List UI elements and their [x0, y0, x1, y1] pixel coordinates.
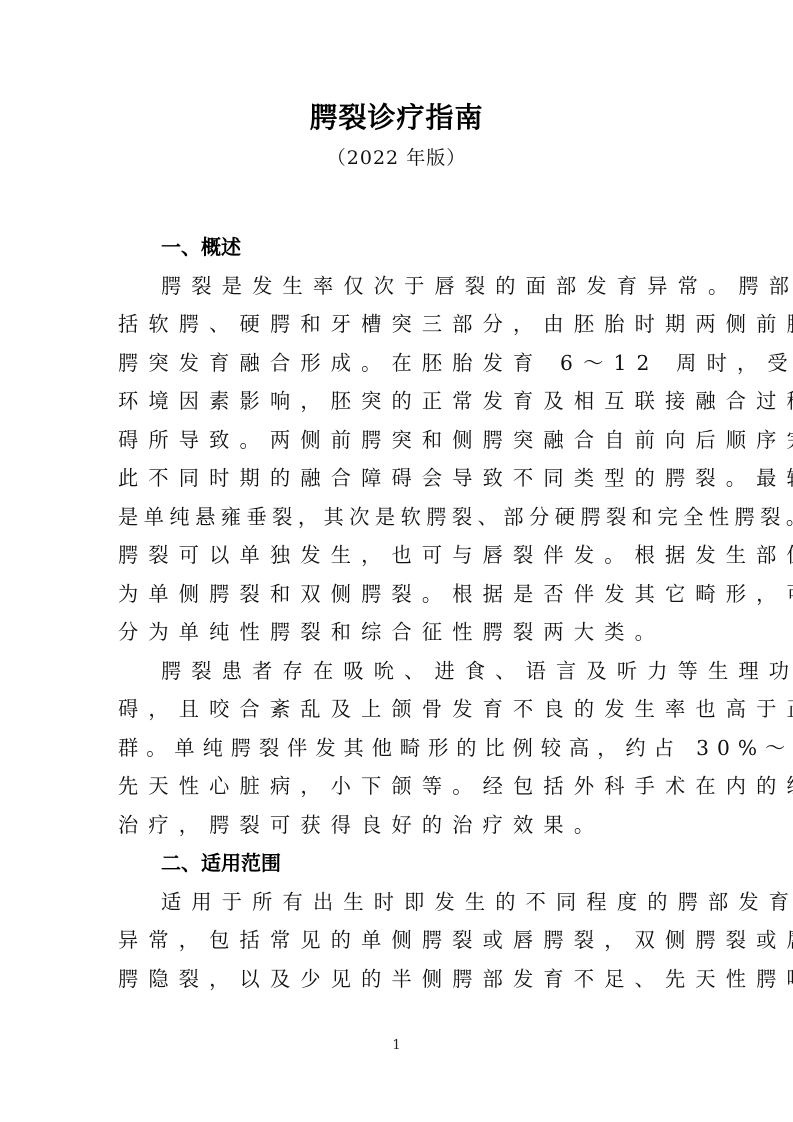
text-line: 碍所导致。两侧前腭突和侧腭突融合自前向后顺序完成，因: [118, 421, 674, 460]
text-line: 分为单纯性腭裂和综合征性腭裂两大类。: [118, 613, 674, 652]
text-line: 异常，包括常见的单侧腭裂或唇腭裂，双侧腭裂或唇腭裂和: [118, 921, 674, 960]
text-line: 腭裂患者存在吸吮、进食、语言及听力等生理功能的障: [118, 652, 674, 691]
text-line: 群。单纯腭裂伴发其他畸形的比例较高，约占 30%～50%，如: [118, 729, 674, 768]
document-title: 腭裂诊疗指南: [0, 98, 793, 138]
text-line: 是单纯悬雍垂裂，其次是软腭裂、部分硬腭裂和完全性腭裂。: [118, 498, 674, 537]
page-number: 1: [0, 1038, 793, 1053]
text-line: 腭裂是发生率仅次于唇裂的面部发育异常。腭部组织包: [118, 267, 674, 306]
paragraph: 腭裂患者存在吸吮、进食、语言及听力等生理功能的障 碍，且咬合紊乱及上颌骨发育不良…: [118, 652, 674, 845]
text-line: 腭隐裂，以及少见的半侧腭部发育不足、先天性腭咽闭合不: [118, 960, 674, 999]
document-body: 一、概述 腭裂是发生率仅次于唇裂的面部发育异常。腭部组织包 括软腭、硬腭和牙槽突…: [118, 228, 674, 998]
section-heading-scope: 二、适用范围: [118, 844, 674, 883]
text-line: 括软腭、硬腭和牙槽突三部分，由胚胎时期两侧前腭突和侧: [118, 305, 674, 344]
paragraph: 适用于所有出生时即发生的不同程度的腭部发育缺陷 异常，包括常见的单侧腭裂或唇腭裂…: [118, 883, 674, 999]
text-line: 碍，且咬合紊乱及上颌骨发育不良的发生率也高于正常人: [118, 690, 674, 729]
text-line: 治疗，腭裂可获得良好的治疗效果。: [118, 806, 674, 845]
text-line: 为单侧腭裂和双侧腭裂。根据是否伴发其它畸形，可将腭裂: [118, 575, 674, 614]
paragraph: 腭裂是发生率仅次于唇裂的面部发育异常。腭部组织包 括软腭、硬腭和牙槽突三部分，由…: [118, 267, 674, 652]
text-line: 腭突发育融合形成。在胚胎发育 6～12 周时，受遗传或胚胎: [118, 344, 674, 383]
text-line: 先天性心脏病，小下颌等。经包括外科手术在内的综合序列: [118, 767, 674, 806]
document-subtitle: （2022 年版）: [0, 143, 793, 173]
document-page: 腭裂诊疗指南 （2022 年版） 一、概述 腭裂是发生率仅次于唇裂的面部发育异常…: [0, 0, 793, 1122]
text-line: 腭裂可以单独发生，也可与唇裂伴发。根据发生部位可以分: [118, 536, 674, 575]
text-line: 环境因素影响，胚突的正常发育及相互联接融合过程受到阻: [118, 382, 674, 421]
text-line: 此不同时期的融合障碍会导致不同类型的腭裂。最轻微类型: [118, 459, 674, 498]
text-line: 适用于所有出生时即发生的不同程度的腭部发育缺陷: [118, 883, 674, 922]
section-heading-overview: 一、概述: [118, 228, 674, 267]
